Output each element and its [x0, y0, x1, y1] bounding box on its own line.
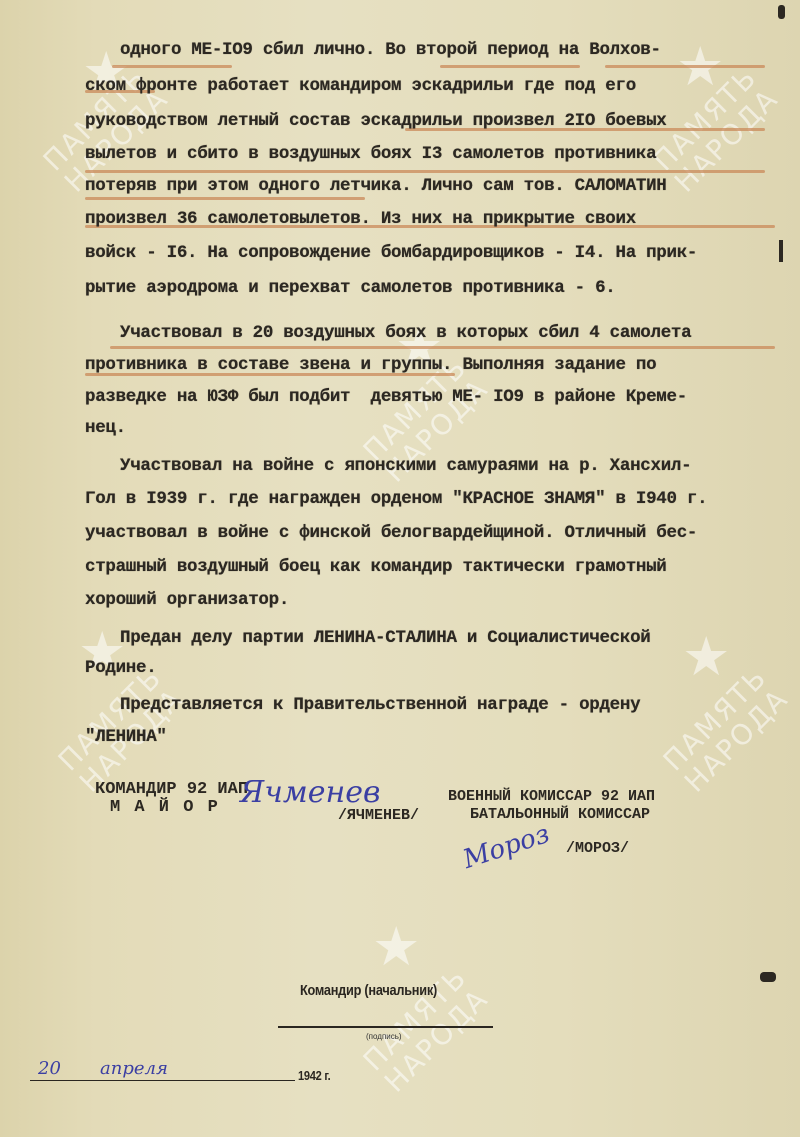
right-signatory-title: ВОЕННЫЙ КОМИССАР 92 ИАП	[448, 788, 655, 805]
text-line: рытие аэродрома и перехват самолетов про…	[85, 278, 616, 298]
text-line: Участвовал в 20 воздушных боях в которых…	[120, 323, 691, 343]
text-line: войск - I6. На сопровождение бомбардиров…	[85, 243, 697, 263]
award-document-page: ★ ПАМЯТЬНАРОДА ★ ПАМЯТЬНАРОДА ★ ПАМЯТЬНА…	[0, 0, 800, 1137]
watermark-line1: ПАМЯТЬ	[357, 961, 474, 1078]
signature-rule	[278, 1026, 493, 1028]
text-line: противника в составе звена и группы. Вып…	[85, 355, 656, 375]
text-line: нец.	[85, 418, 126, 438]
highlight-underline	[440, 65, 580, 68]
text-line: разведке на ЮЗФ был подбит девятью МЕ- I…	[85, 387, 687, 407]
left-handwritten-signature: Ячменев	[240, 775, 381, 810]
highlight-underline	[85, 170, 765, 173]
text-line: Представляется к Правительственной награ…	[120, 695, 640, 715]
text-line: Родине.	[85, 658, 156, 678]
text-line: Участвовал на войне с японскими самураям…	[120, 456, 691, 476]
text-line: руководством летный состав эскадрильи пр…	[85, 111, 667, 131]
star-watermark-icon: ★	[682, 625, 730, 688]
text-line: Гол в I939 г. где награжден орденом "КРА…	[85, 489, 707, 509]
text-line: Предан делу партии ЛЕНИНА-СТАЛИНА и Соци…	[120, 628, 651, 648]
text-line: участвовал в войне с финской белогвардей…	[85, 523, 697, 543]
watermark-line1: ПАМЯТЬ	[657, 661, 774, 778]
ink-mark	[760, 972, 776, 982]
watermark-line2: НАРОДА	[668, 82, 785, 199]
text-line: ском фронте работает командиром эскадрил…	[85, 76, 636, 96]
date-day: 20	[38, 1058, 61, 1079]
date-year: 1942 г.	[298, 1068, 330, 1083]
commander-label: Командир (начальник)	[300, 982, 437, 999]
text-line: одного МЕ-IO9 сбил лично. Во второй пери…	[120, 40, 661, 60]
text-line: произвел 36 самолетовылетов. Из них на п…	[85, 209, 636, 229]
date-rule	[30, 1080, 295, 1081]
star-watermark-icon: ★	[372, 915, 420, 978]
highlight-underline	[605, 65, 765, 68]
highlight-underline	[112, 65, 232, 68]
left-signatory-rank: М А Й О Р	[110, 798, 220, 817]
highlight-underline	[110, 346, 775, 349]
watermark: ПАМЯТЬНАРОДА	[658, 662, 794, 798]
watermark-line2: НАРОДА	[678, 682, 795, 799]
right-signatory-name: /МОРОЗ/	[566, 840, 629, 857]
highlight-underline	[85, 197, 365, 200]
date-month: апреля	[100, 1058, 168, 1079]
watermark-line1: ПАМЯТЬ	[52, 661, 169, 778]
text-line: страшный воздушный боец как командир так…	[85, 557, 667, 577]
right-handwritten-signature: Мороз	[460, 819, 554, 875]
ink-mark	[779, 240, 783, 262]
signature-caption: (подпись)	[366, 1032, 402, 1041]
text-line: вылетов и сбито в воздушных боях I3 само…	[85, 144, 656, 164]
text-line: потеряв при этом одного летчика. Лично с…	[85, 176, 667, 196]
text-line: хороший организатор.	[85, 590, 289, 610]
right-signatory-rank: БАТАЛЬОННЫЙ КОМИССАР	[470, 806, 650, 823]
left-signatory-title: КОМАНДИР 92 ИАП	[95, 780, 248, 799]
ink-mark	[778, 5, 785, 19]
text-line: "ЛЕНИНА"	[85, 727, 167, 747]
